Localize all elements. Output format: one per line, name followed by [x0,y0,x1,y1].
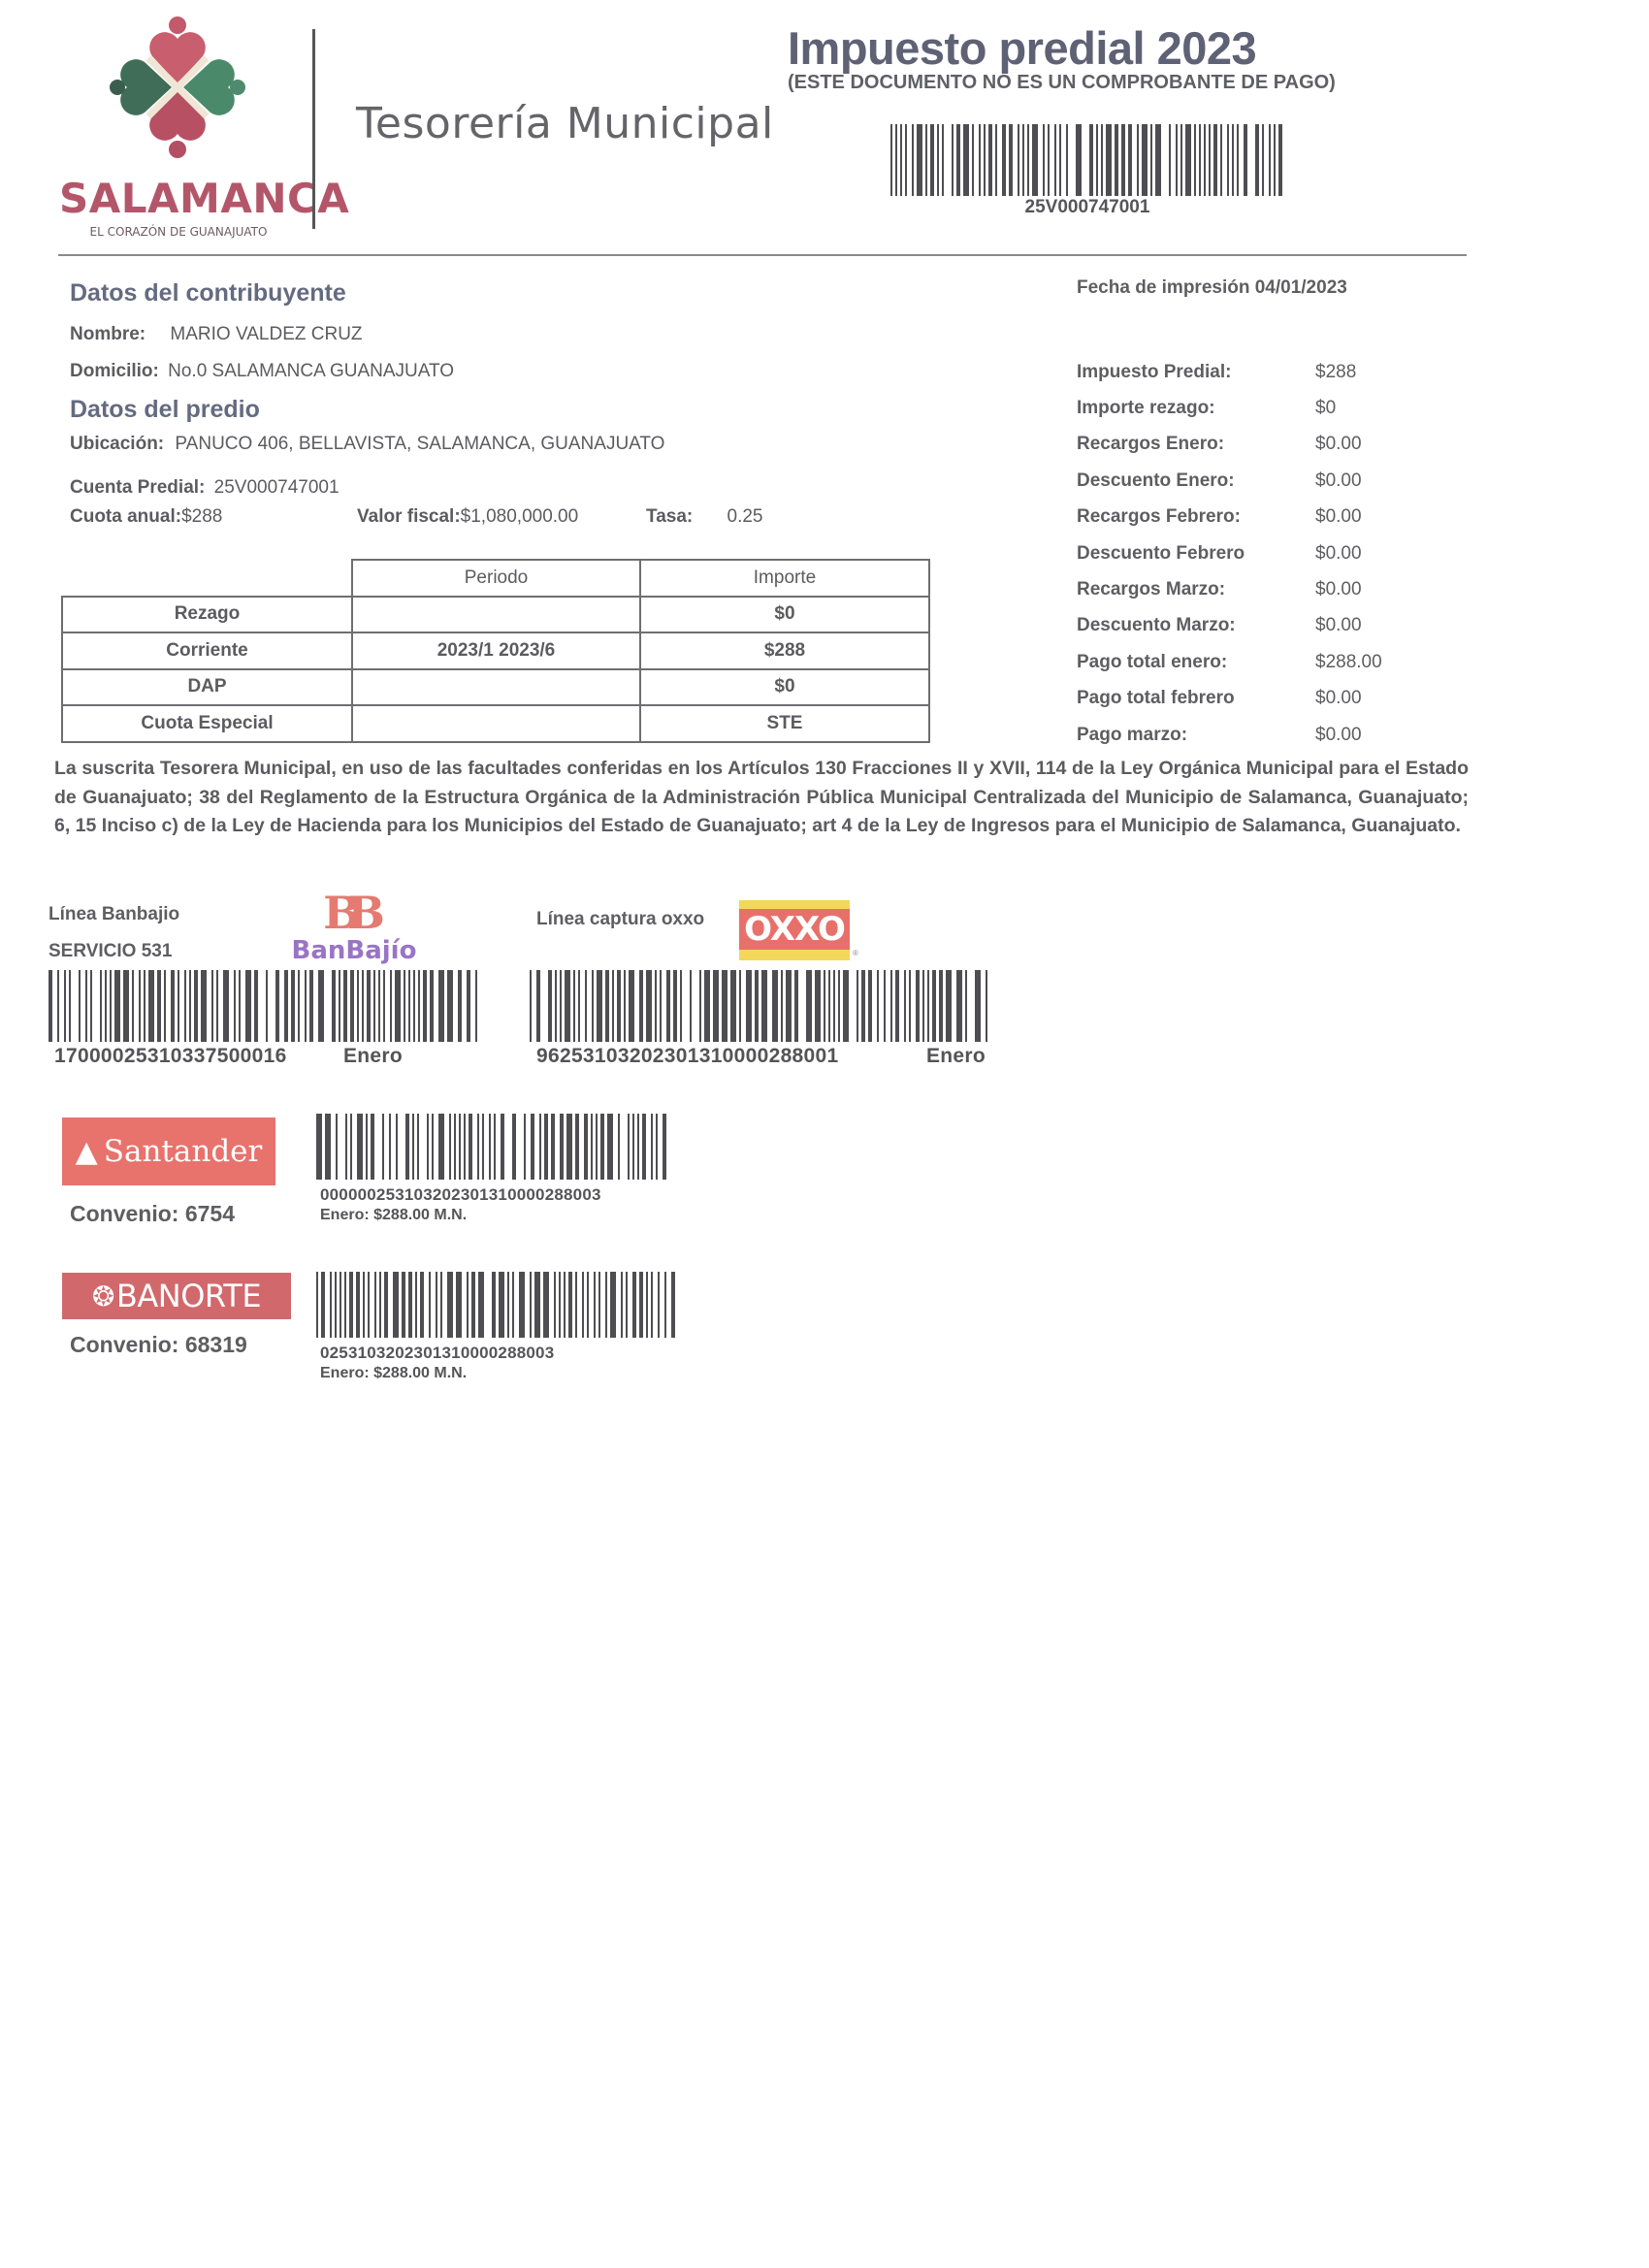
santander-reference: 000000253103202301310000288003 [320,1185,601,1205]
summary-row: Recargos Enero:$0.00 [1077,427,1382,463]
periods-table: Periodo Importe Rezago $0 Corriente 2023… [61,559,930,743]
summary-label: Pago total febrero [1077,688,1315,709]
banorte-convenio: Convenio: 68319 [70,1332,247,1358]
oxxo-reference: 96253103202301310000288001 [536,1045,838,1068]
banbajio-label: Línea Banbajio [48,904,179,925]
concepto-cell: Rezago [62,597,352,633]
summary-value: $0.00 [1315,688,1362,709]
santander-logo: ▲ Santander [62,1118,275,1185]
nombre-value: MARIO VALDEZ CRUZ [170,324,362,344]
summary-value: $0 [1315,398,1336,419]
summary-value: $0.00 [1315,434,1362,455]
domicilio-label: Domicilio: [70,361,159,381]
domicilio-row: Domicilio: No.0 SALAMANCA GUANAJUATO [70,361,454,382]
oxxo-logo: OXXO [739,900,850,960]
table-header-blank [62,560,352,597]
banbajio-reference: 17000025310337500016 [54,1045,287,1068]
summary-row: Recargos Febrero:$0.00 [1077,500,1382,535]
header-rule [58,254,1467,256]
concepto-cell: Cuota Especial [62,705,352,742]
summary-row: Descuento Febrero$0.00 [1077,535,1382,571]
banbajio-logo: BB BanBajío [281,891,427,965]
santander-wordmark: Santander [104,1134,263,1169]
concepto-cell: DAP [62,669,352,706]
document-title: Impuesto predial 2023 [788,21,1256,75]
table-header-row: Periodo Importe [62,560,929,597]
banbajio-month: Enero [343,1045,403,1068]
summary-label: Impuesto Predial: [1077,362,1315,383]
summary-label: Pago marzo: [1077,725,1315,746]
summary-row: Pago total enero:$288.00 [1077,644,1382,680]
valor-fiscal-label: Valor fiscal: [357,506,461,527]
oxxo-barcode [530,970,989,1042]
banorte-logo: ❂ BANORTE [62,1273,291,1319]
cuota-value: $288 [181,506,222,527]
summary-row: Pago total febrero$0.00 [1077,681,1382,717]
cuenta-row: Cuenta Predial: 25V000747001 [70,477,339,499]
predio-heading: Datos del predio [70,396,260,424]
table-row: Cuota Especial STE [62,705,929,742]
heart-flower-logo-icon [110,14,245,169]
periodo-cell [352,705,640,742]
summary-value: $0.00 [1315,506,1362,528]
summary-row: Importe rezago:$0 [1077,390,1382,426]
valor-fiscal-value: $1,080,000.00 [461,506,579,527]
summary-label: Recargos Marzo: [1077,579,1315,600]
summary-label: Recargos Febrero: [1077,506,1315,528]
ubicacion-value: PANUCO 406, BELLAVISTA, SALAMANCA, GUANA… [175,434,664,454]
summary-value: $288 [1315,362,1356,383]
table-header-periodo: Periodo [352,560,640,597]
table-row: Rezago $0 [62,597,929,633]
banbajio-wordmark: BanBajío [281,936,427,965]
salamanca-logo: SALAMANCA EL CORAZÓN DE GUANAJUATO [56,14,299,237]
cuenta-value: 25V000747001 [214,477,339,498]
summary-value: $0.00 [1315,470,1362,492]
summary-row: Impuesto Predial:$288 [1077,354,1382,390]
summary-panel: Fecha de impresión 04/01/2023 Impuesto P… [1077,277,1484,299]
banorte-wordmark: BANORTE [116,1278,261,1314]
cuota-label: Cuota anual: [70,506,181,527]
summary-value: $0.00 [1315,615,1362,636]
summary-value: $0.00 [1315,579,1362,600]
banorte-amount: Enero: $288.00 M.N. [320,1365,467,1382]
registered-mark-icon: ® [853,949,858,957]
contribuyente-heading: Datos del contribuyente [70,279,346,308]
tasa-row: Tasa: 0.25 [646,506,763,528]
santander-barcode [316,1114,675,1180]
summary-label: Importe rezago: [1077,398,1315,419]
summary-label: Pago total enero: [1077,652,1315,673]
table-header-importe: Importe [640,560,929,597]
summary-row: Descuento Enero:$0.00 [1077,463,1382,499]
banorte-barcode [316,1272,675,1338]
ubicacion-label: Ubicación: [70,434,164,454]
print-date-label: Fecha de impresión [1077,277,1249,298]
concepto-cell: Corriente [62,632,352,669]
legal-paragraph: La suscrita Tesorera Municipal, en uso d… [54,755,1469,841]
ubicacion-row: Ubicación: PANUCO 406, BELLAVISTA, SALAM… [70,434,664,455]
banbajio-barcode [48,970,478,1042]
print-date: Fecha de impresión 04/01/2023 [1077,277,1484,299]
cuenta-label: Cuenta Predial: [70,477,205,498]
summary-value: $0.00 [1315,543,1362,565]
municipality-name: SALAMANCA [59,175,298,222]
importe-cell: $0 [640,669,929,706]
importe-cell: $0 [640,597,929,633]
tasa-value: 0.25 [727,506,763,527]
print-date-value: 04/01/2023 [1255,277,1347,298]
summary-value: $0.00 [1315,725,1362,746]
valor-fiscal-row: Valor fiscal:$1,080,000.00 [357,506,578,528]
importe-cell: STE [640,705,929,742]
santander-convenio: Convenio: 6754 [70,1201,235,1227]
document-disclaimer: (ESTE DOCUMENTO NO ES UN COMPROBANTE DE … [788,72,1336,94]
summary-list: Impuesto Predial:$288 Importe rezago:$0 … [1077,354,1382,753]
summary-value: $288.00 [1315,652,1382,673]
table-row: Corriente 2023/1 2023/6 $288 [62,632,929,669]
summary-row: Pago marzo:$0.00 [1077,717,1382,753]
municipality-tagline: EL CORAZÓN DE GUANAJUATO [56,225,301,239]
banorte-reference: 0253103202301310000288003 [320,1344,554,1363]
oxxo-label: Línea captura oxxo [536,909,704,930]
oxxo-month: Enero [926,1045,986,1068]
table-row: DAP $0 [62,669,929,706]
account-barcode-number: 25V000747001 [890,197,1284,218]
summary-label: Descuento Marzo: [1077,615,1315,636]
summary-row: Recargos Marzo:$0.00 [1077,571,1382,607]
summary-row: Descuento Marzo:$0.00 [1077,608,1382,644]
oxxo-wordmark: OXXO [739,909,850,950]
summary-label: Recargos Enero: [1077,434,1315,455]
cuota-row: Cuota anual:$288 [70,506,222,528]
banbajio-service: SERVICIO 531 [48,941,172,962]
department-name: Tesorería Municipal [356,99,774,148]
summary-label: Descuento Enero: [1077,470,1315,492]
periodo-cell [352,669,640,706]
account-barcode [890,124,1284,196]
nombre-label: Nombre: [70,324,145,344]
santander-amount: Enero: $288.00 M.N. [320,1207,467,1224]
domicilio-value: No.0 SALAMANCA GUANAJUATO [168,361,454,381]
periodo-cell [352,597,640,633]
header-divider [312,29,315,229]
periodo-cell: 2023/1 2023/6 [352,632,640,669]
banbajio-mark-icon: BB [281,891,427,935]
summary-label: Descuento Febrero [1077,543,1315,565]
tasa-label: Tasa: [646,506,693,527]
importe-cell: $288 [640,632,929,669]
banorte-mark-icon: ❂ [92,1280,114,1312]
nombre-row: Nombre: MARIO VALDEZ CRUZ [70,324,363,345]
santander-flame-icon: ▲ [76,1135,98,1169]
